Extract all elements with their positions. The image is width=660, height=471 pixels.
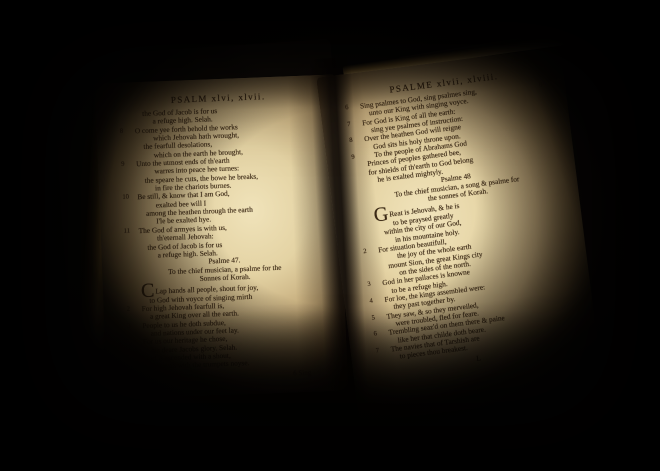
drop-cap: G <box>374 211 389 220</box>
left-page: PSALM xlvi, xlvii. the God of Jacob is f… <box>95 74 348 399</box>
left-page-text: the God of Jacob is for usa refuge high.… <box>110 103 337 373</box>
photograph-antique-psalm-book: PSALM xlvi, xlvii. the God of Jacob is f… <box>0 0 660 471</box>
right-page-text: 6Sing psalmes to God, sing psalmes sing,… <box>336 78 587 365</box>
right-page: PSALME xlvii, xlviii. (psalmes 6Sing psa… <box>316 47 604 423</box>
